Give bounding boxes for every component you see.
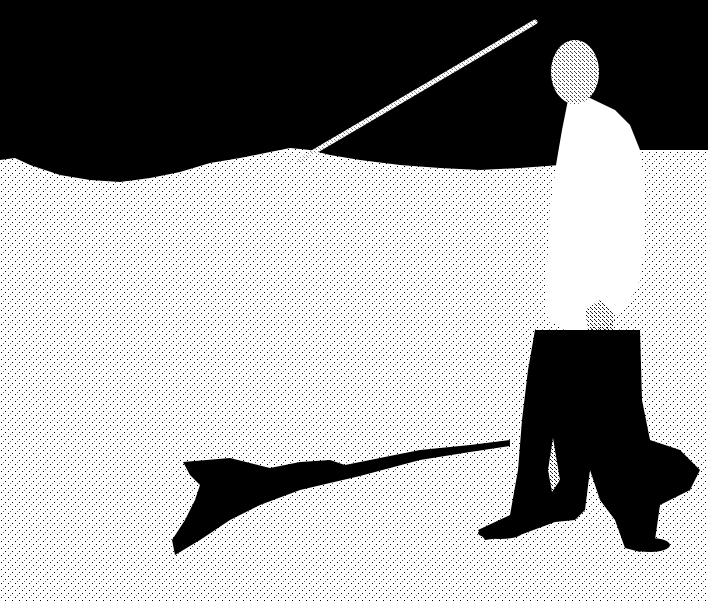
person-shoe-right [630,538,670,552]
photo-scene [0,0,708,602]
person-shoe-left [478,527,522,539]
